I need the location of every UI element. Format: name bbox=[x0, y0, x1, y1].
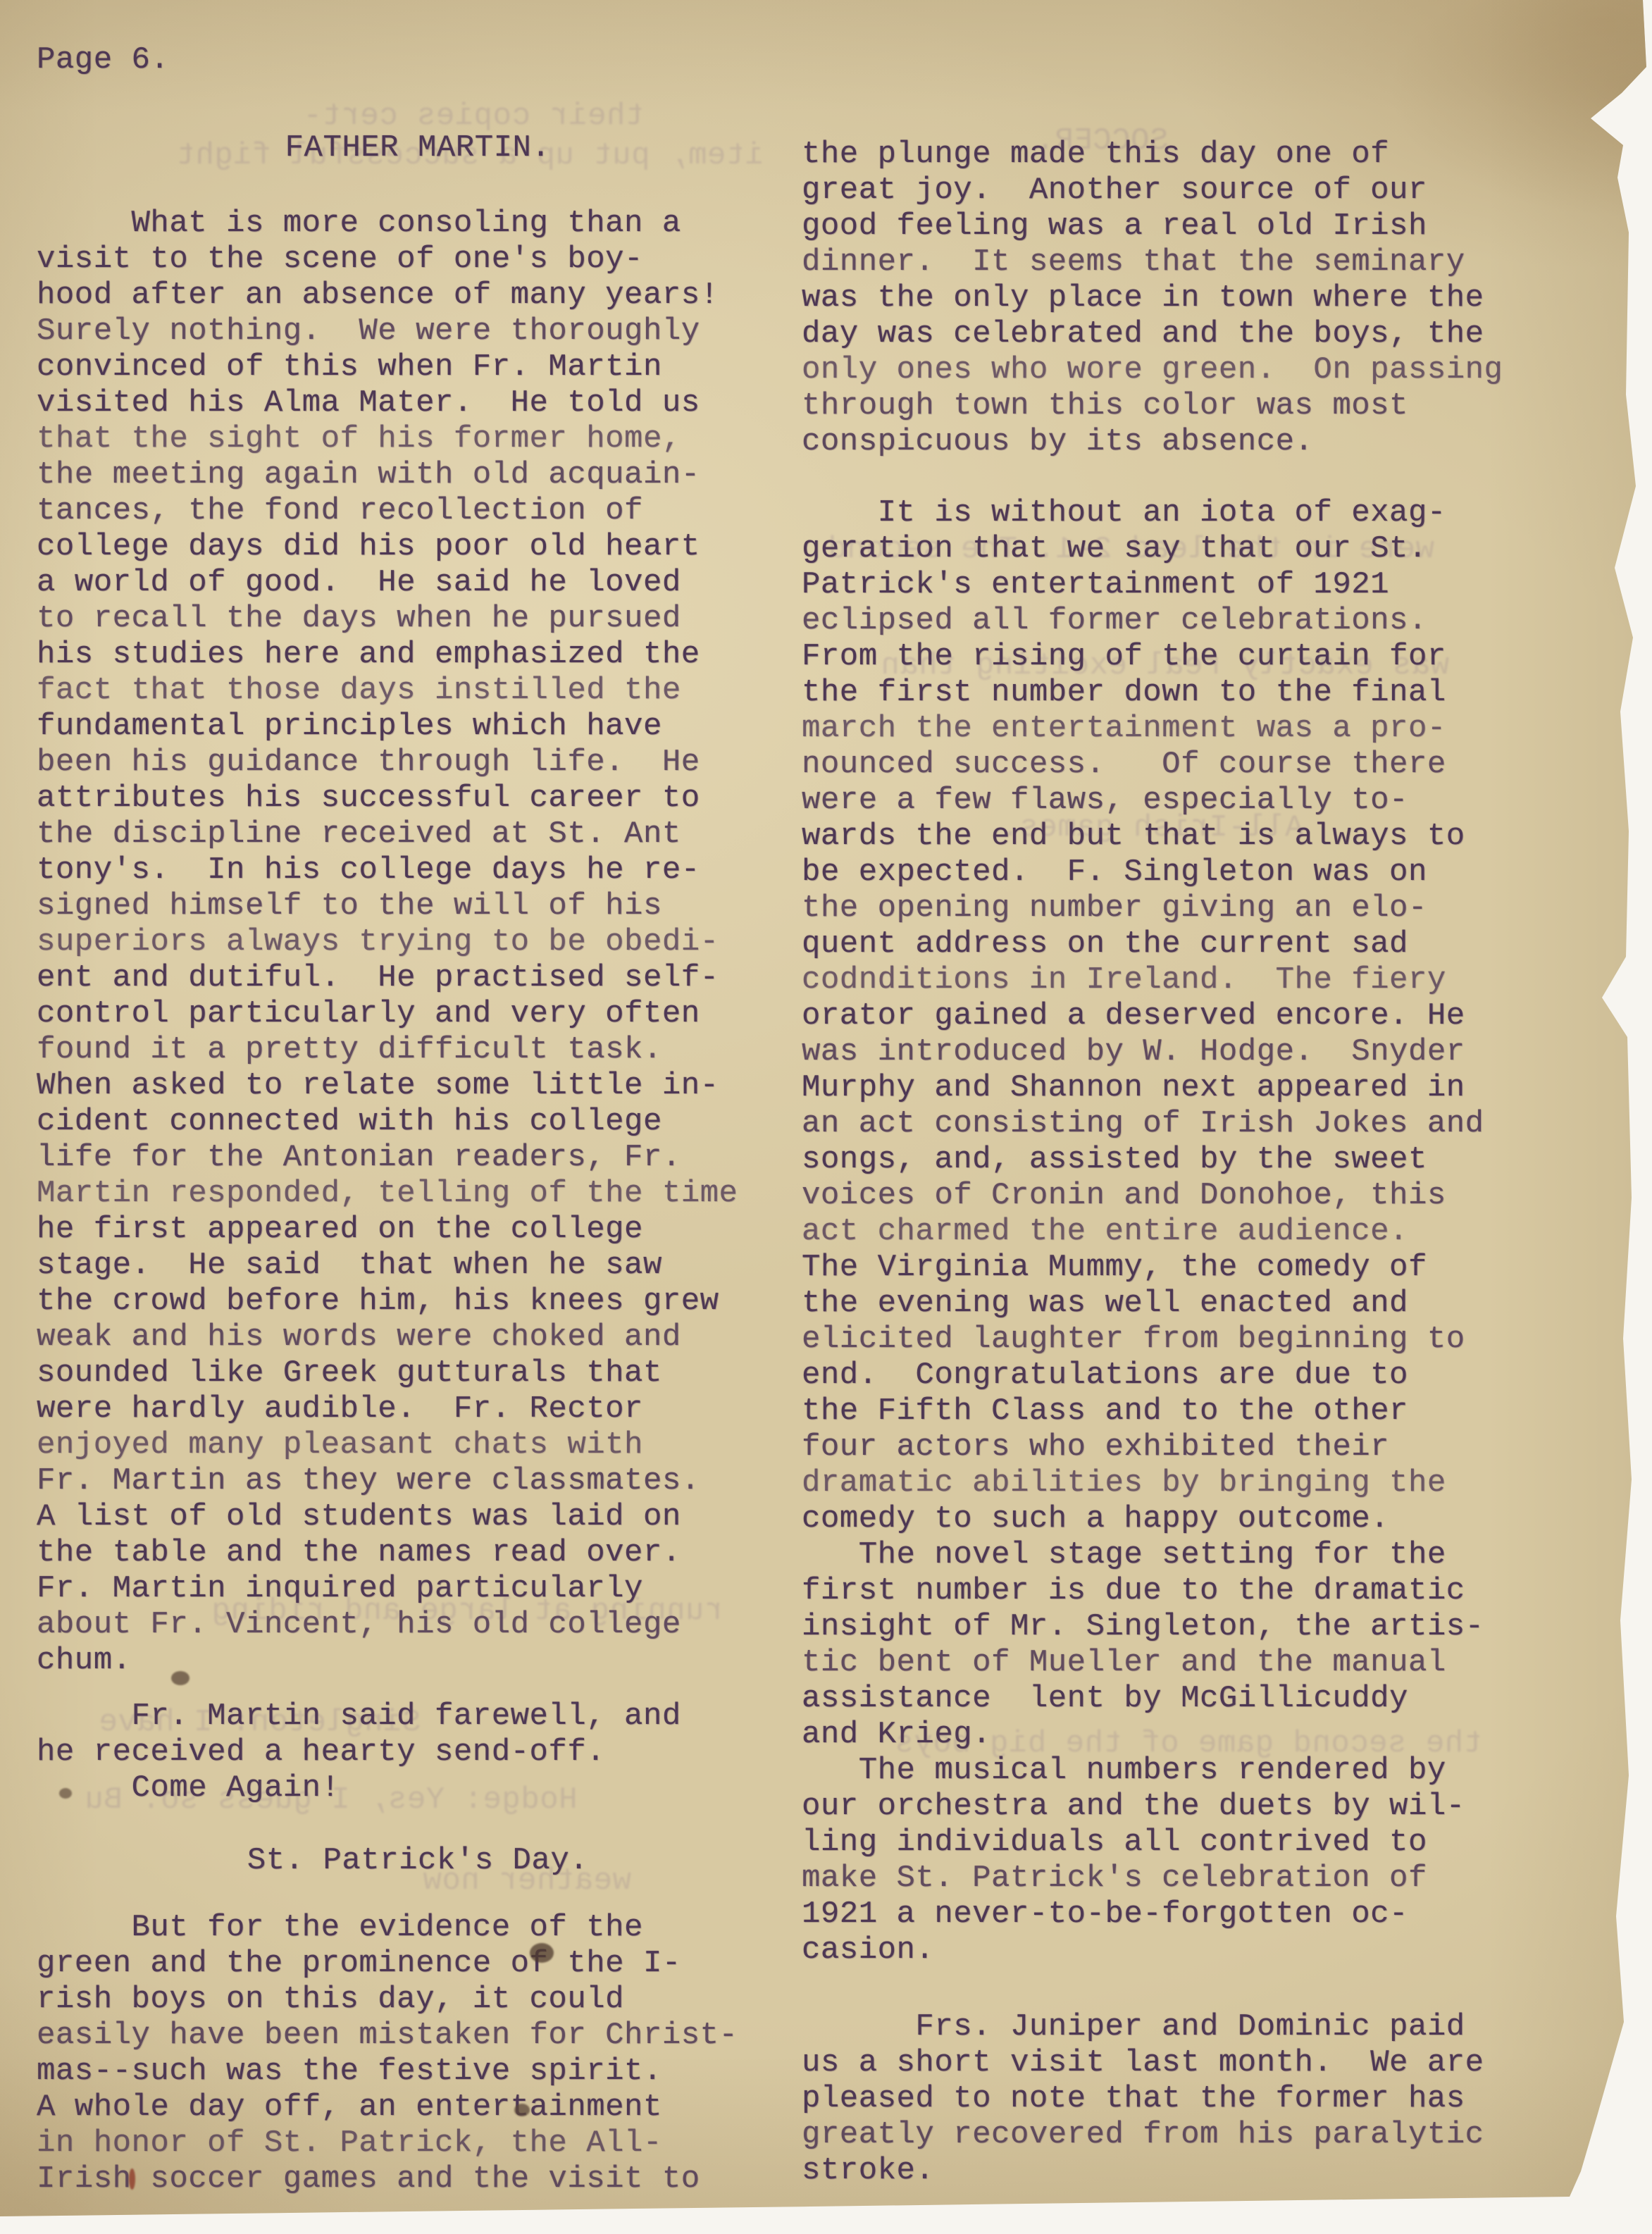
text-line: What is more consoling than a bbox=[37, 206, 799, 242]
text-line: a world of good. He said he loved bbox=[37, 565, 799, 601]
right-column: the plunge made this day one ofgreat joy… bbox=[802, 137, 1645, 2189]
text-line: an act consisting of Irish Jokes and bbox=[802, 1106, 1645, 1142]
text-line: ling individuals all contrived to bbox=[802, 1825, 1645, 1861]
left-column: Page 6. FATHER MARTIN. What is more cons… bbox=[37, 42, 799, 2197]
text-line: elicited laughter from beginning to bbox=[802, 1322, 1645, 1358]
text-line: The musical numbers rendered by bbox=[802, 1753, 1645, 1789]
text-line: were hardly audible. Fr. Rector bbox=[37, 1391, 799, 1427]
text-line: assistance lent by McGillicuddy bbox=[802, 1681, 1645, 1717]
ink-blot bbox=[59, 1788, 72, 1799]
text-line: the Fifth Class and to the other bbox=[802, 1394, 1645, 1429]
text-line: Fr. Martin as they were classmates. bbox=[37, 1463, 799, 1499]
text-line: weak and his words were choked and bbox=[37, 1320, 799, 1355]
text-line: fact that those days instilled the bbox=[37, 673, 799, 709]
text-line: sounded like Greek gutturals that bbox=[37, 1355, 799, 1391]
text-line: the plunge made this day one of bbox=[802, 137, 1645, 173]
paragraph: The novel stage setting for thefirst num… bbox=[802, 1537, 1645, 1753]
text-line: conspicuous by its absence. bbox=[802, 424, 1645, 460]
text-line: us a short visit last month. We are bbox=[802, 2045, 1645, 2081]
text-line: make St. Patrick's celebration of bbox=[802, 1861, 1645, 1897]
ink-blot bbox=[514, 2104, 530, 2116]
text-line: to recall the days when he pursued bbox=[37, 601, 799, 637]
text-line: Fr. Martin said farewell, and bbox=[37, 1699, 799, 1735]
text-line: ent and dutiful. He practised self- bbox=[37, 960, 799, 996]
text-line: visit to the scene of one's boy- bbox=[37, 242, 799, 278]
text-line: attributes his successful career to bbox=[37, 781, 799, 817]
text-line: hood after an absence of many years! bbox=[37, 278, 799, 314]
text-line: be expected. F. Singleton was on bbox=[802, 855, 1645, 891]
text-line: Murphy and Shannon next appeared in bbox=[802, 1070, 1645, 1106]
text-line: wards the end but that is always to bbox=[802, 819, 1645, 855]
text-line: found it a pretty difficult task. bbox=[37, 1032, 799, 1068]
text-line: about Fr. Vincent, his old college bbox=[37, 1607, 799, 1643]
text-line: nounced success. Of course there bbox=[802, 747, 1645, 783]
text-line: the discipline received at St. Ant bbox=[37, 817, 799, 852]
text-line: visited his Alma Mater. He told us bbox=[37, 385, 799, 421]
text-line: Come Again! bbox=[37, 1770, 799, 1806]
text-line: day was celebrated and the boys, the bbox=[802, 316, 1645, 352]
text-line: was introduced by W. Hodge. Snyder bbox=[802, 1034, 1645, 1070]
text-line: four actors who exhibited their bbox=[802, 1429, 1645, 1465]
text-line: only ones who wore green. On passing bbox=[802, 352, 1645, 388]
text-line: life for the Antonian readers, Fr. bbox=[37, 1140, 799, 1176]
paragraph: It is without an iota of exag-geration t… bbox=[802, 495, 1645, 1537]
text-line: he received a hearty send-off. bbox=[37, 1735, 799, 1770]
text-line: dinner. It seems that the seminary bbox=[802, 244, 1645, 280]
text-line: Patrick's entertainment of 1921 bbox=[802, 567, 1645, 603]
text-line: in honor of St. Patrick, the All- bbox=[37, 2126, 799, 2161]
text-line: end. Congratulations are due to bbox=[802, 1358, 1645, 1394]
text-line: the first number down to the final bbox=[802, 675, 1645, 711]
text-line: 1921 a never-to-be-forgotten oc- bbox=[802, 1897, 1645, 1932]
text-line: the meeting again with old acquain- bbox=[37, 457, 799, 493]
paragraph: But for the evidence of thegreen and the… bbox=[37, 1910, 799, 2197]
text-line: geration that we say that our St. bbox=[802, 531, 1645, 567]
text-line: convinced of this when Fr. Martin bbox=[37, 349, 799, 385]
text-line: tic bent of Mueller and the manual bbox=[802, 1645, 1645, 1681]
page-number: Page 6. bbox=[37, 42, 799, 78]
text-line: march the entertainment was a pro- bbox=[802, 711, 1645, 747]
text-line: through town this color was most bbox=[802, 388, 1645, 424]
text-line: codnditions in Ireland. The fiery bbox=[802, 962, 1645, 998]
text-line: was the only place in town where the bbox=[802, 280, 1645, 316]
text-line: first number is due to the dramatic bbox=[802, 1573, 1645, 1609]
text-line: The Virginia Mummy, the comedy of bbox=[802, 1250, 1645, 1286]
text-line: stage. He said that when he saw bbox=[37, 1248, 799, 1284]
text-line: chum. bbox=[37, 1643, 799, 1679]
text-line: eclipsed all former celebrations. bbox=[802, 603, 1645, 639]
paragraph: Come Again! bbox=[37, 1770, 799, 1806]
text-line: It is without an iota of exag- bbox=[802, 495, 1645, 531]
text-line: tony's. In his college days he re- bbox=[37, 852, 799, 888]
text-line: college days did his poor old heart bbox=[37, 529, 799, 565]
text-line: signed himself to the will of his bbox=[37, 888, 799, 924]
text-line: casion. bbox=[802, 1932, 1645, 1968]
text-line: control particularly and very often bbox=[37, 996, 799, 1032]
text-line: A list of old students was laid on bbox=[37, 1499, 799, 1535]
text-line: Martin responded, telling of the time bbox=[37, 1176, 799, 1212]
text-line: the evening was well enacted and bbox=[802, 1286, 1645, 1322]
text-line: quent address on the current sad bbox=[802, 926, 1645, 962]
text-line: Irish soccer games and the visit to bbox=[37, 2161, 799, 2197]
newsletter-page: SOCCER.their copies cert-item, put up a … bbox=[0, 0, 1652, 2234]
text-line: that the sight of his former home, bbox=[37, 421, 799, 457]
ink-blot bbox=[530, 1943, 554, 1963]
text-line: his studies here and emphasized the bbox=[37, 637, 799, 673]
text-line: stroke. bbox=[802, 2153, 1645, 2189]
text-line: But for the evidence of the bbox=[37, 1910, 799, 1946]
text-line: our orchestra and the duets by wil- bbox=[802, 1789, 1645, 1825]
text-line: easily have been mistaken for Christ- bbox=[37, 2018, 799, 2054]
text-line: and Krieg. bbox=[802, 1717, 1645, 1753]
text-line: orator gained a deserved encore. He bbox=[802, 998, 1645, 1034]
text-line: When asked to relate some little in- bbox=[37, 1068, 799, 1104]
text-line: greatly recovered from his paralytic bbox=[802, 2117, 1645, 2153]
text-line: been his guidance through life. He bbox=[37, 745, 799, 781]
text-line: From the rising of the curtain for bbox=[802, 639, 1645, 675]
text-line: superiors always trying to be obedi- bbox=[37, 924, 799, 960]
text-line: cident connected with his college bbox=[37, 1104, 799, 1140]
text-line: A whole day off, an entertainment bbox=[37, 2090, 799, 2126]
article-heading-st-patricks-day: St. Patrick's Day. bbox=[37, 1843, 799, 1879]
text-line: the opening number giving an elo- bbox=[802, 891, 1645, 926]
text-line: green and the prominence of the I- bbox=[37, 1946, 799, 1982]
text-line: were a few flaws, especially to- bbox=[802, 783, 1645, 819]
text-line: voices of Cronin and Donohoe, this bbox=[802, 1178, 1645, 1214]
paragraph: Frs. Juniper and Dominic paidus a short … bbox=[802, 2009, 1645, 2189]
text-line: great joy. Another source of our bbox=[802, 173, 1645, 209]
text-line: he first appeared on the college bbox=[37, 1212, 799, 1248]
text-line: mas--such was the festive spirit. bbox=[37, 2054, 799, 2090]
text-line: songs, and, assisted by the sweet bbox=[802, 1142, 1645, 1178]
paragraph: Fr. Martin said farewell, andhe received… bbox=[37, 1699, 799, 1770]
text-line: good feeling was a real old Irish bbox=[802, 209, 1645, 244]
text-line: rish boys on this day, it could bbox=[37, 1982, 799, 2018]
article-heading-father-martin: FATHER MARTIN. bbox=[37, 130, 799, 166]
text-line: Fr. Martin inquired particularly bbox=[37, 1571, 799, 1607]
text-line: comedy to such a happy outcome. bbox=[802, 1501, 1645, 1537]
text-line: The novel stage setting for the bbox=[802, 1537, 1645, 1573]
text-line: fundamental principles which have bbox=[37, 709, 799, 745]
ink-blot bbox=[171, 1671, 190, 1685]
paragraph: The musical numbers rendered byour orche… bbox=[802, 1753, 1645, 1968]
text-line: enjoyed many pleasant chats with bbox=[37, 1427, 799, 1463]
text-line: tances, the fond recollection of bbox=[37, 493, 799, 529]
ink-blot bbox=[129, 2168, 135, 2190]
paragraph: the plunge made this day one ofgreat joy… bbox=[802, 137, 1645, 460]
paragraph: What is more consoling than avisit to th… bbox=[37, 206, 799, 1679]
text-line: pleased to note that the former has bbox=[802, 2081, 1645, 2117]
scanner-background: SOCCER.their copies cert-item, put up a … bbox=[0, 0, 1652, 2234]
text-line: Frs. Juniper and Dominic paid bbox=[802, 2009, 1645, 2045]
text-line: Surely nothing. We were thoroughly bbox=[37, 314, 799, 349]
text-line: dramatic abilities by bringing the bbox=[802, 1465, 1645, 1501]
text-line: the crowd before him, his knees grew bbox=[37, 1284, 799, 1320]
text-line: the table and the names read over. bbox=[37, 1535, 799, 1571]
text-line: insight of Mr. Singleton, the artis- bbox=[802, 1609, 1645, 1645]
text-line: act charmed the entire audience. bbox=[802, 1214, 1645, 1250]
